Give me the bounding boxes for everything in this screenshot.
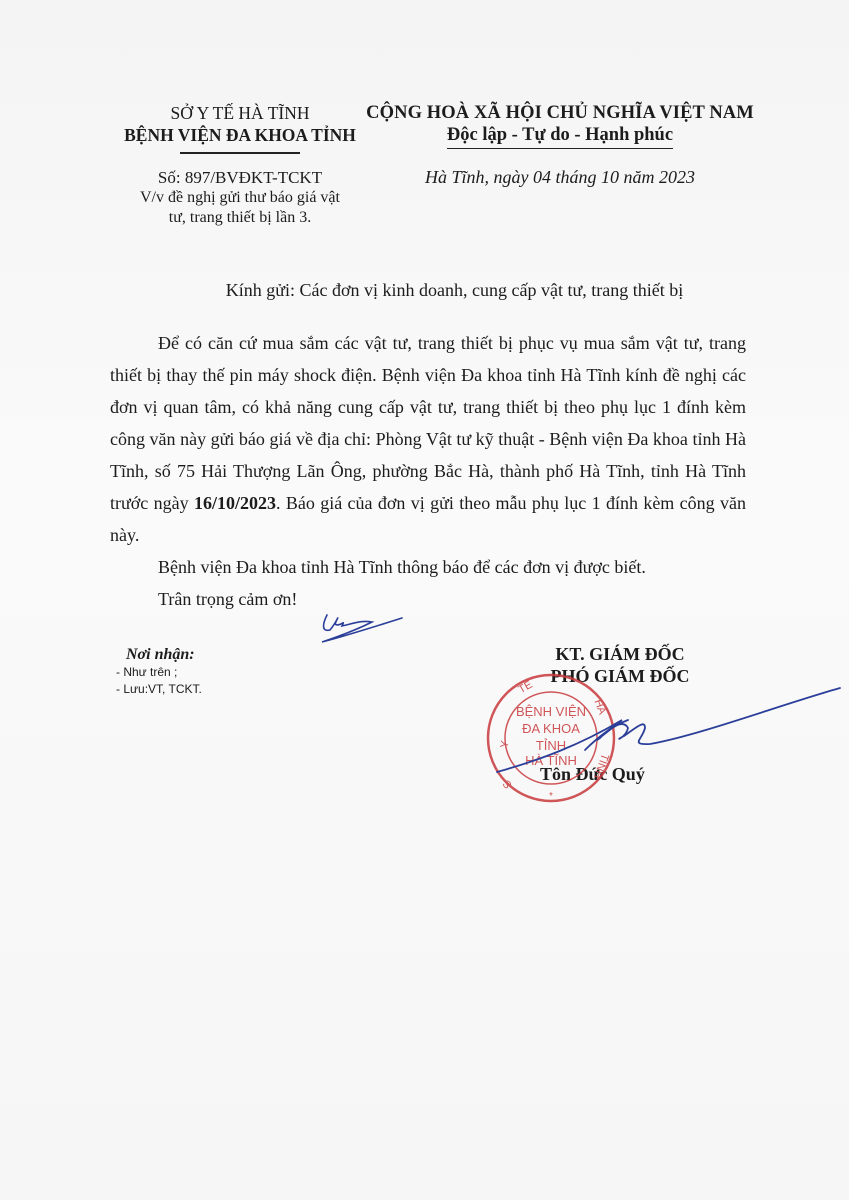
organization-name: BỆNH VIỆN ĐA KHOA TỈNH <box>100 124 380 146</box>
svg-text:Y: Y <box>498 739 511 749</box>
place-date: Hà Tĩnh, ngày 04 tháng 10 năm 2023 <box>365 167 755 188</box>
header-divider <box>180 152 300 154</box>
header-right: CỘNG HOÀ XÃ HỘI CHỦ NGHĨA VIỆT NAM Độc l… <box>365 102 755 188</box>
deadline-date: 16/10/2023 <box>194 493 276 513</box>
initials-signature-icon <box>322 615 402 642</box>
body-paragraph-1: Để có căn cứ mua sắm các vật tư, trang t… <box>110 327 746 551</box>
svg-text:*: * <box>549 791 553 802</box>
recipient-item: - Như trên ; <box>116 664 202 681</box>
signer-role-1: KT. GIÁM ĐỐC <box>490 643 750 665</box>
agency-name: SỞ Y TẾ HÀ TĨNH <box>100 102 380 124</box>
svg-text:TỈNH: TỈNH <box>536 738 566 753</box>
letter-body: Để có căn cứ mua sắm các vật tư, trang t… <box>110 327 746 615</box>
subject-line-1: V/v đề nghị gửi thư báo giá vật <box>100 188 380 208</box>
header-left: SỞ Y TẾ HÀ TĨNH BỆNH VIỆN ĐA KHOA TỈNH S… <box>100 102 380 228</box>
director-signature-icon <box>497 688 840 772</box>
document-number: Số: 897/BVĐKT-TCKT <box>100 168 380 188</box>
svg-text:S: S <box>501 777 515 790</box>
subject-line-2: tư, trang thiết bị lần 3. <box>100 208 380 228</box>
recipient-line: Kính gửi: Các đơn vị kinh doanh, cung cấ… <box>0 280 849 301</box>
svg-text:HÀ: HÀ <box>592 697 610 716</box>
recipients-title: Nơi nhận: <box>126 646 202 664</box>
country-name: CỘNG HOÀ XÃ HỘI CHỦ NGHĨA VIỆT NAM <box>365 102 755 124</box>
national-motto: Độc lập - Tự do - Hạnh phúc <box>447 124 673 149</box>
signature-block: KT. GIÁM ĐỐC PHÓ GIÁM ĐỐC Tôn Đức Quý <box>490 643 750 687</box>
svg-text:BỆNH VIỆN: BỆNH VIỆN <box>516 704 586 719</box>
signer-role-2: PHÓ GIÁM ĐỐC <box>490 665 750 687</box>
recipients-block: Nơi nhận: - Như trên ; - Lưu:VT, TCKT. <box>126 646 202 698</box>
body-paragraph-3: Trân trọng cảm ơn! <box>110 583 746 615</box>
recipient-item: - Lưu:VT, TCKT. <box>116 681 202 698</box>
svg-text:ĐA KHOA: ĐA KHOA <box>522 721 580 736</box>
body-paragraph-2: Bệnh viện Đa khoa tỉnh Hà Tĩnh thông báo… <box>110 551 746 583</box>
signer-name: Tôn Đức Quý <box>540 764 645 785</box>
